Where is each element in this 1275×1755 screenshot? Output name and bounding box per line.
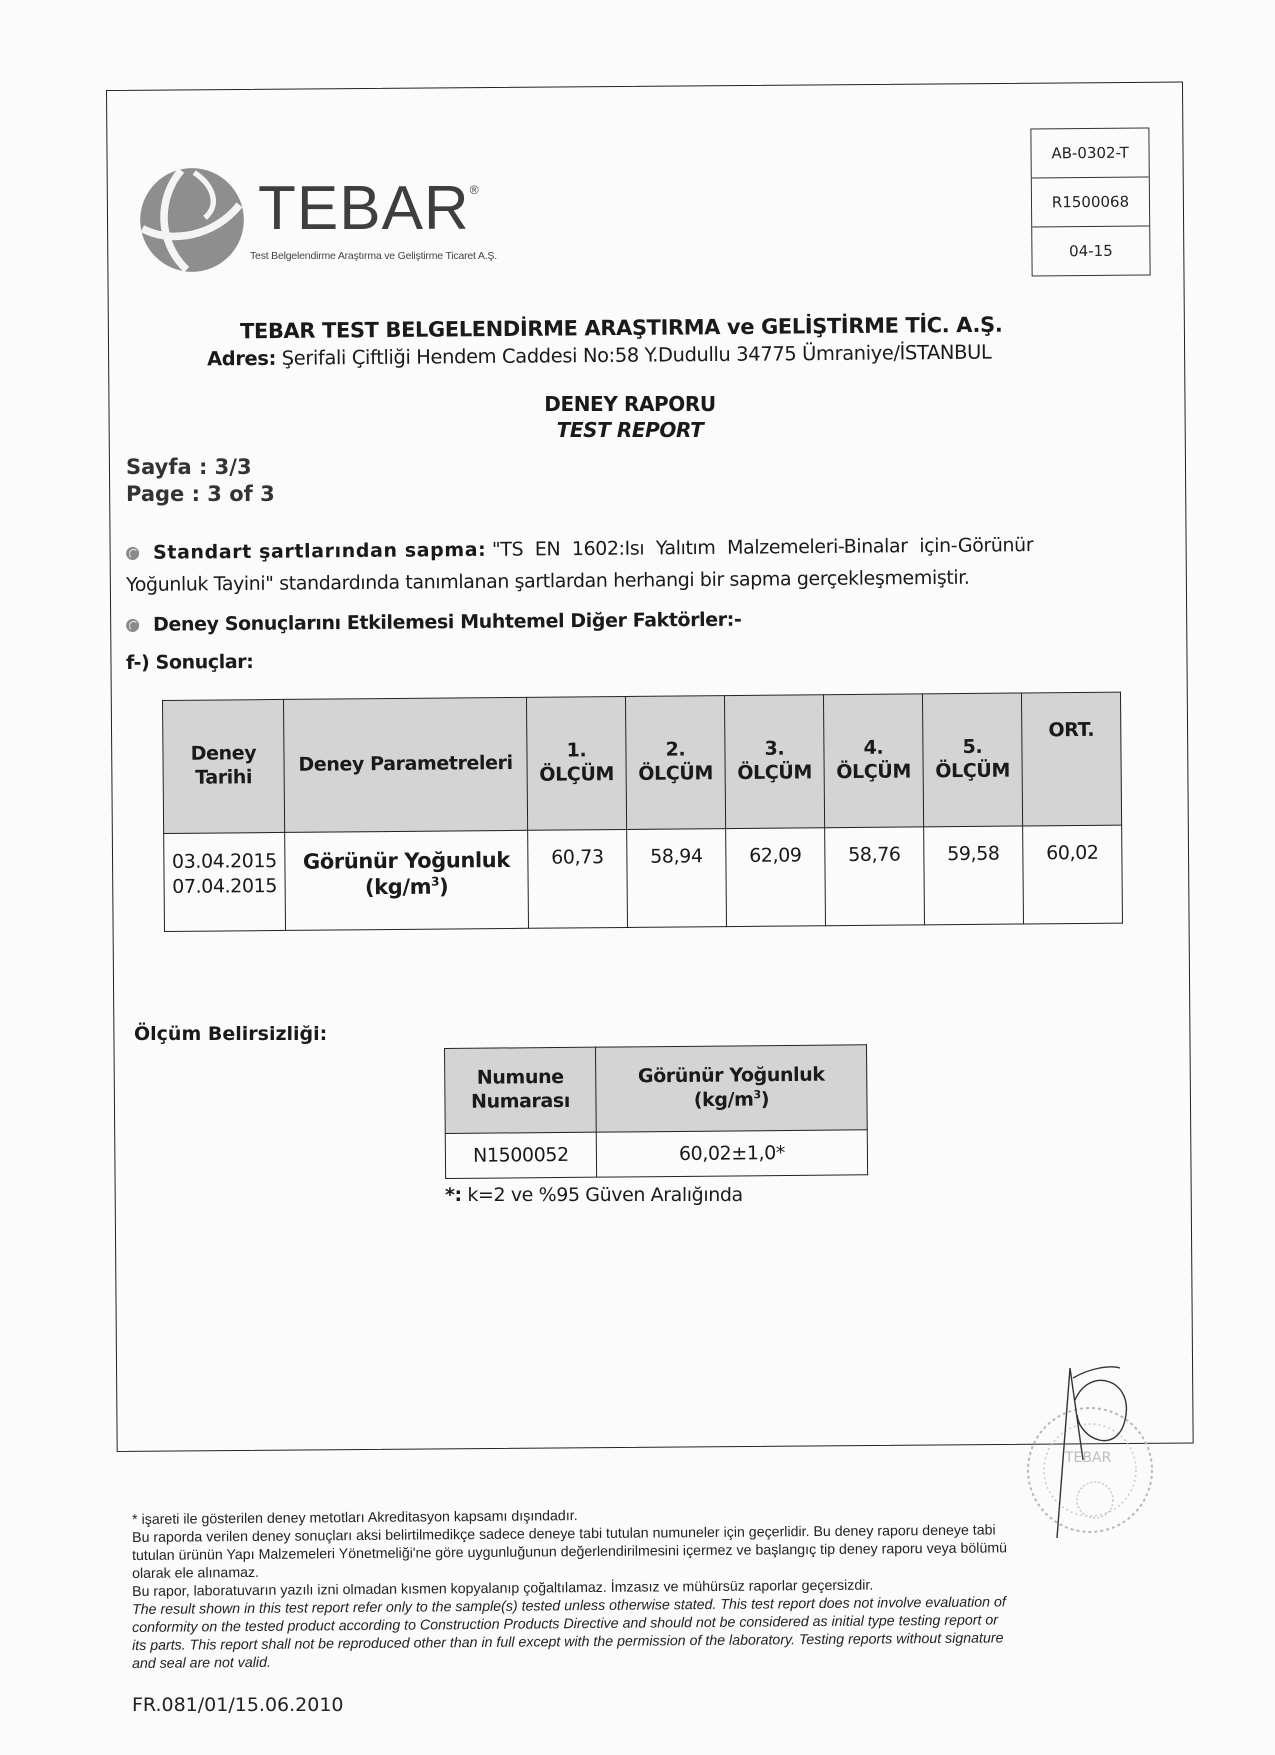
tebar-bullet-icon [126, 547, 139, 560]
tebar-bullet-icon [126, 619, 139, 632]
document-code-box: AB-0302-T R1500068 04-15 [1030, 127, 1150, 276]
measurement-1-value: 60,73 [528, 829, 628, 928]
header-measurement-2: 2.ÖLÇÜM [625, 696, 725, 830]
average-value: 60,02 [1023, 825, 1123, 924]
svg-text:TEBAR: TEBAR [1064, 1450, 1112, 1466]
measurement-4-value: 58,76 [825, 827, 925, 926]
uncertainty-note: *: k=2 ve %95 Güven Aralığında [445, 1184, 743, 1206]
header-measurement-3: 3.ÖLÇÜM [724, 695, 824, 829]
report-subtitle: TEST REPORT [480, 418, 780, 442]
footer-en-line-4: and seal are not valid. [132, 1655, 271, 1672]
density-with-uncertainty: 60,02±1,0* [596, 1130, 867, 1177]
results-table: DeneyTarihi Deney Parametreleri 1.ÖLÇÜM … [162, 692, 1123, 932]
results-header-row: DeneyTarihi Deney Parametreleri 1.ÖLÇÜM … [163, 692, 1122, 833]
footer-line-4: olarak ele alınamaz. [132, 1565, 259, 1582]
header-measurement-5: 5.ÖLÇÜM [922, 693, 1022, 827]
test-dates: 03.04.201507.04.2015 [164, 832, 286, 931]
uncertainty-table: NumuneNumarası Görünür Yoğunluk(kg/m3) N… [444, 1044, 868, 1179]
results-label: f-) Sonuçlar: [126, 651, 253, 674]
uncertainty-header-row: NumuneNumarası Görünür Yoğunluk(kg/m3) [445, 1045, 868, 1134]
report-number: R1500068 [1032, 177, 1149, 227]
sample-number: N1500052 [445, 1132, 596, 1178]
measurement-5-value: 59,58 [924, 826, 1024, 925]
tebar-globe-logo-icon [138, 166, 246, 274]
parameter-name: Görünür Yoğunluk(kg/m3) [285, 830, 529, 930]
table-row: N1500052 60,02±1,0* [445, 1130, 867, 1179]
header-average: ORT. [1021, 692, 1121, 826]
header-measurement-1: 1.ÖLÇÜM [526, 696, 626, 830]
header-test-date: DeneyTarihi [163, 699, 285, 833]
header-test-parameters: Deney Parametreleri [283, 697, 527, 832]
header-sample-number: NumuneNumarası [445, 1047, 597, 1133]
uncertainty-title: Ölçüm Belirsizliği: [134, 1023, 327, 1045]
report-title: DENEY RAPORU [480, 392, 780, 416]
page-number-en: Page : 3 of 3 [126, 482, 275, 506]
brand-name: TEBAR® [258, 178, 480, 240]
revision-date: 04-15 [1032, 226, 1149, 275]
page-number-tr: Sayfa : 3/3 [126, 455, 252, 479]
footer-line-1: * işareti ile gösterilen deney metotları… [132, 1508, 578, 1528]
header-apparent-density: Görünür Yoğunluk(kg/m3) [595, 1045, 867, 1132]
company-seal-stamp-icon: TEBAR [995, 1360, 1175, 1540]
measurement-2-value: 58,94 [627, 829, 727, 928]
brand-subtitle: Test Belgelendirme Araştırma ve Geliştir… [250, 250, 497, 262]
header-measurement-4: 4.ÖLÇÜM [823, 694, 923, 828]
form-code: AB-0302-T [1031, 128, 1148, 178]
table-row: 03.04.201507.04.2015 Görünür Yoğunluk(kg… [164, 825, 1123, 931]
form-reference-code: FR.081/01/15.06.2010 [132, 1694, 344, 1716]
measurement-3-value: 62,09 [726, 828, 826, 927]
